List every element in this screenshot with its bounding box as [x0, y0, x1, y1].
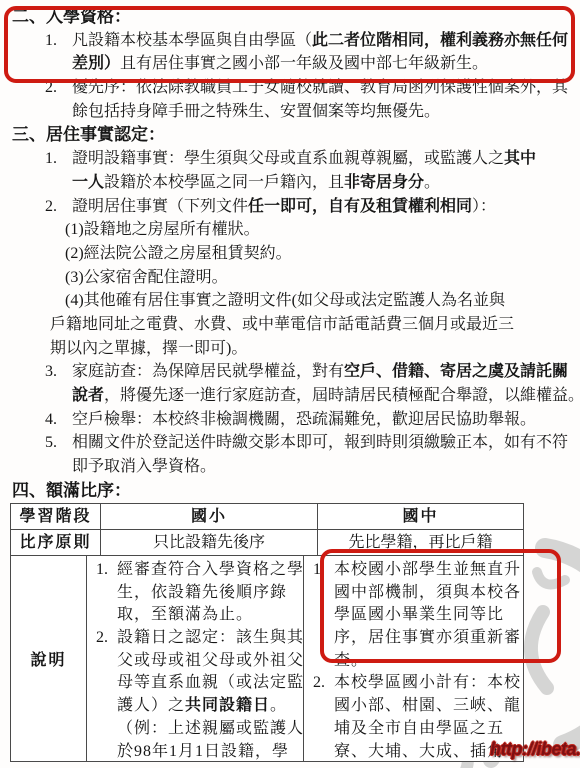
table-header-row: 學習階段 國小 國中	[11, 504, 523, 530]
junior-line: 學區國小畢業生同等比	[313, 604, 521, 627]
item-text: 證明設籍事實：學生須與父母或直系血親尊親屬，或監護人之其中	[72, 150, 536, 167]
junior-line: 2.本校學區國小計有：本校	[313, 672, 521, 695]
header-junior: 國中	[318, 504, 523, 529]
elem-line: 生，依設籍先後順序錄	[96, 582, 301, 605]
item-text: 家庭訪查：為保障居民就學權益，對有空戶、借籍、寄居之虞及請託關	[72, 363, 568, 380]
item-number: 1.	[96, 559, 117, 582]
elem-line: 取，至額滿為止。	[96, 604, 301, 627]
item-text: 空戶檢舉：本校終非檢調機關，恐疏漏難免，歡迎居民協助舉報。	[72, 411, 536, 428]
cell-text: 設籍日之認定：該生與其	[117, 629, 304, 646]
item-text: 優先序：依法除教職員工子女隨校就讀、教育局函列保護性個案外，其	[72, 79, 568, 96]
section3-item2-sub1: (1)設籍地之房屋所有權狀。	[0, 218, 580, 242]
item-number: 2.	[45, 195, 72, 219]
junior-line: 國中部機制，須與本校各	[313, 582, 521, 605]
section2-item2-line2: 餘包括持身障手冊之特殊生、安置個案等均無優先。	[0, 100, 580, 124]
item-number: 1.	[313, 559, 334, 582]
junior-line: 序，居住事實亦須重新審	[313, 627, 521, 650]
item-text: 證明居住事實（下列文件任一即可，自有及租賃權利相同）：	[72, 198, 496, 215]
header-stage: 學習階段	[11, 504, 101, 529]
cell-text: 經審查符合入學資格之學	[117, 561, 304, 578]
note-junior-cell: 1.本校國小部學生並無直升 國中部機制，須與本校各 學區國小畢業生同等比 序，居…	[304, 556, 523, 761]
section3-item3-line2: 說者，將優先逐一進行家庭訪查，屆時請居民積極配合舉證，以維權益。	[0, 384, 580, 408]
table-note-row: 說明 1.經審查符合入學資格之學 生，依設籍先後順序錄 取，至額滿為止。 2.設…	[11, 556, 523, 761]
note-label-text: 說明	[30, 647, 66, 670]
section2-item1-line2: 差別）且有居住事實之國小部一年級及國中部七年級新生。	[0, 52, 580, 76]
item-number: 5.	[45, 431, 72, 455]
cell-text: 本校學區國小計有：本校	[334, 674, 521, 691]
section3-item3-line1: 3.家庭訪查：為保障居民就學權益，對有空戶、借籍、寄居之虞及請託關	[0, 360, 580, 384]
elem-line: 於98年1月1日設籍，學	[96, 741, 301, 762]
principle-label: 比序原則	[11, 530, 101, 555]
section2-item2-line1: 2.優先序：依法除教職員工子女隨校就讀、教育局函列保護性個案外，其	[0, 76, 580, 100]
elem-line: 1.經審查符合入學資格之學	[96, 559, 301, 582]
table-principle-row: 比序原則 只比設籍先後序 先比學籍，再比戶籍	[11, 530, 523, 556]
document-page: 二、入學資格： 1.凡設籍本校基本學區與自由學區（此二者位階相同，權利義務亦無任…	[0, 0, 580, 768]
item-number: 4.	[45, 408, 72, 432]
section3-item5-line1: 5.相關文件於登記送件時繳交影本即可，報到時則須繳驗正本，如有不符	[0, 431, 580, 455]
document-body: 二、入學資格： 1.凡設籍本校基本學區與自由學區（此二者位階相同，權利義務亦無任…	[0, 5, 580, 502]
section3-item4-line1: 4.空戶檢舉：本校終非檢調機關，恐疏漏難免，歡迎居民協助舉報。	[0, 408, 580, 432]
elem-line: 護人）之共同設籍日。	[96, 695, 301, 718]
section2-heading: 二、入學資格：	[0, 5, 580, 29]
section3-item2-sub4-line3: 期以內之單據，擇一即可)。	[0, 337, 580, 361]
junior-line: 1.本校國小部學生並無直升	[313, 559, 521, 582]
elem-line: 父或母或祖父母或外祖父	[96, 650, 301, 673]
item-number: 2.	[45, 76, 72, 100]
section3-item5-line2: 即予取消入學資格。	[0, 455, 580, 479]
section3-item2-sub4-line2: 戶籍地同址之電費、水費、或中華電信市話電話費三個月或最近三	[0, 313, 580, 337]
item-text: 凡設籍本校基本學區與自由學區（此二者位階相同，權利義務亦無任何	[72, 32, 568, 49]
section3-item1-line2: 一人設籍於本校學區之同一戶籍內，且非寄居身分。	[0, 171, 580, 195]
section3-item2-sub4-line1: (4)其他確有居住事實之證明文件(如父母或法定監護人為名並與	[0, 289, 580, 313]
elem-line: 2.設籍日之認定：該生與其	[96, 627, 301, 650]
section3-item2-sub2: (2)經法院公證之房屋租賃契約。	[0, 242, 580, 266]
section3-item1-line1: 1.證明設籍事實：學生須與父母或直系血親尊親屬，或監護人之其中	[0, 147, 580, 171]
elem-line: 母等直系血親（或法定監	[96, 672, 301, 695]
junior-line: 寮、大埔、大成、插角	[313, 741, 521, 762]
item-number: 2.	[96, 627, 117, 650]
note-label: 說明	[11, 556, 87, 761]
item-number: 1.	[45, 147, 72, 171]
section2-item1-line1: 1.凡設籍本校基本學區與自由學區（此二者位階相同，權利義務亦無任何	[0, 29, 580, 53]
junior-line: 查。	[313, 650, 521, 673]
header-elementary: 國小	[101, 504, 318, 529]
item-number: 2.	[313, 672, 334, 695]
principle-elementary: 只比設籍先後序	[101, 530, 318, 555]
junior-line: 國小部、柑園、三峽、龍	[313, 695, 521, 718]
principle-junior: 先比學籍，再比戶籍	[318, 530, 523, 555]
note-elementary-cell: 1.經審查符合入學資格之學 生，依設籍先後順序錄 取，至額滿為止。 2.設籍日之…	[87, 556, 304, 761]
item-number: 1.	[45, 29, 72, 53]
elem-line: （例：上述親屬或監護人	[96, 718, 301, 741]
fill-order-table: 學習階段 國小 國中 比序原則 只比設籍先後序 先比學籍，再比戶籍 說明 1.經…	[10, 503, 524, 762]
section3-item2-sub3: (3)公家宿舍配住證明。	[0, 266, 580, 290]
section3-heading: 三、居住事實認定：	[0, 123, 580, 147]
junior-line: 埔及全市自由學區之五	[313, 718, 521, 741]
item-text: 相關文件於登記送件時繳交影本即可，報到時則須繳驗正本，如有不符	[72, 434, 568, 451]
section3-item2-line1: 2.證明居住事實（下列文件任一即可，自有及租賃權利相同）：	[0, 195, 580, 219]
item-number: 3.	[45, 360, 72, 384]
section4-heading: 四、額滿比序：	[0, 479, 580, 503]
cell-text: 本校國小部學生並無直升	[334, 561, 521, 578]
